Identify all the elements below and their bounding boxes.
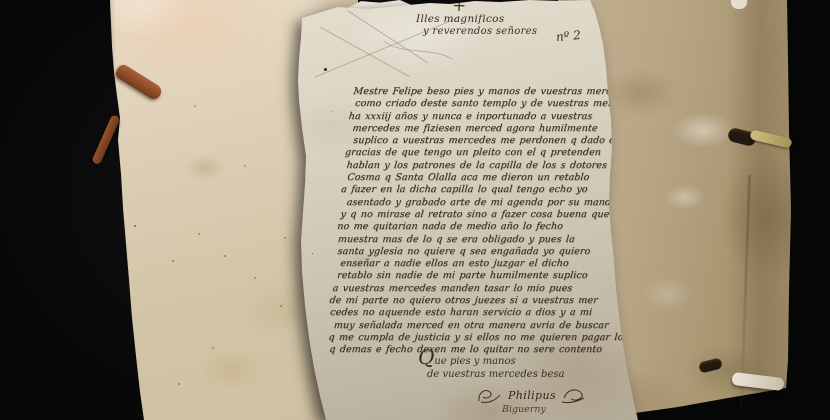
manuscript-line: ha xxxiij años y nunca e inportunado a v… [348, 111, 643, 123]
manuscript-line: muy señalada merced en otra manera avria… [333, 320, 621, 332]
manuscript-line: suplico a vuestras mercedes me perdonen … [353, 135, 641, 147]
manuscript-line: q me cumpla de justicia y si ellos no me… [328, 332, 620, 344]
signature-name: Philipus [508, 389, 556, 402]
manuscript-line: no me quitarian nada de medio año lo fec… [336, 221, 631, 233]
manuscript-line: santa yglesia no quiere q sea engañada y… [337, 246, 629, 258]
manuscript-line: Cosma q Santa Olalla aca me dieron un re… [347, 172, 637, 184]
closing-formula: Que pies y manos de vuestras mercedes be… [418, 351, 564, 381]
manuscript-line: hablan y los patrones de la capilla de l… [346, 160, 638, 172]
manuscript-photograph: + Illes magnificos y reverendos señores … [0, 0, 830, 420]
manuscript-line: retablo sin nadie de mi parte humilmente… [336, 270, 626, 282]
manuscript-line: enseñar a nadie ellos an esto juzgar el … [340, 258, 628, 270]
manuscript-line: como criado deste santo templo y de vues… [354, 98, 644, 110]
salutation-line-1: Illes magnificos [416, 13, 505, 25]
closing-line: Que pies y manos [418, 351, 564, 369]
closing-line: de vuestras mercedes besa [427, 369, 564, 382]
manuscript-line: cedes no aquende esto haran servicio a d… [329, 307, 622, 319]
manuscript-line: a fazer en la dicha capilla lo qual teng… [340, 184, 635, 196]
manuscript-line: a vuestras mercedes manden tasar lo mio … [332, 283, 625, 295]
letter-page-wrap: + Illes magnificos y reverendos señores … [290, 0, 650, 420]
manuscript-letter-page: + Illes magnificos y reverendos señores … [290, 0, 650, 420]
stain-specks [134, 225, 136, 227]
leather-tie-tail [91, 114, 120, 165]
signature-row: Philipus [476, 386, 586, 404]
rubric-flourish-icon [560, 386, 586, 404]
letter-body-text: Mestre Felipe beso pies y manos de vuest… [326, 86, 646, 357]
rubric-flourish-icon [476, 386, 504, 404]
manuscript-line: mercedes me fiziesen merced agora humilm… [352, 123, 642, 135]
manuscript-line: y q no mirase al retrato sino a fazer co… [340, 209, 633, 221]
manuscript-line: gracias de que tengo un pleito con el q … [344, 147, 639, 159]
wormhole-specks [324, 68, 327, 71]
manuscript-line: asentado y grabado arte de mi agenda por… [346, 197, 634, 209]
folio-mark: nº 2 [555, 28, 581, 44]
manuscript-line: Mestre Felipe beso pies y manos de vuest… [353, 86, 646, 98]
salutation-line-2: y reverendos señores [423, 26, 537, 37]
manuscript-line: de mi parte no quiero otros juezes si a … [329, 295, 624, 307]
manuscript-line: muestra mas de lo q se era obligado y pu… [337, 234, 630, 246]
signature-surname: Biguerny [502, 404, 546, 415]
